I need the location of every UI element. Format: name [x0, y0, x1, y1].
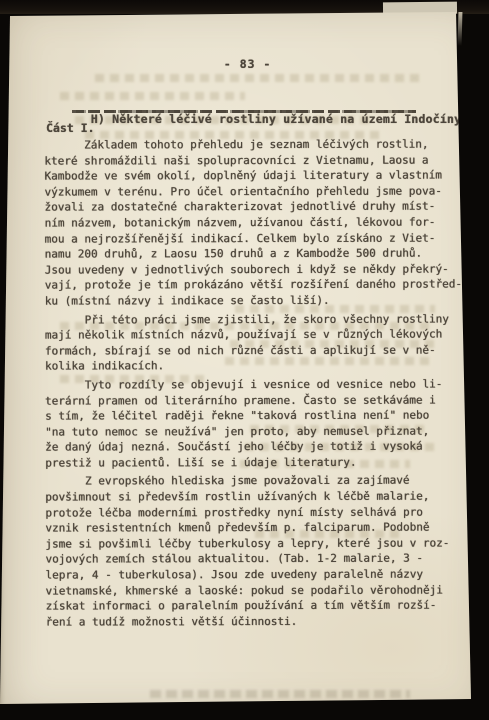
section-heading: H) Některé léčivé rostliny užívané na úz…	[48, 95, 489, 140]
underlying-page-right-edge	[458, 12, 463, 46]
page-number: - 83 -	[45, 57, 450, 71]
paragraph: Základem tohoto přehledu je seznam léčiv…	[44, 136, 474, 309]
bleed-through-noise	[150, 690, 410, 698]
paragraph: Tyto rozdíly se objevují i vesnice od ve…	[45, 376, 475, 471]
section-heading-text: H) Některé léčivé rostliny užívané na úz…	[91, 112, 461, 126]
paragraph: Při této práci jsme zjistili, že skoro v…	[45, 311, 475, 375]
scanned-document: - 83 - H) Některé léčivé rostliny užívan…	[0, 0, 489, 720]
paragraph: Z evropského hlediska jsme považovali za…	[45, 473, 475, 630]
part-label: Část I.	[46, 121, 94, 135]
heading-underline	[72, 110, 416, 113]
body-text: Základem tohoto přehledu je seznam léčiv…	[44, 136, 475, 633]
document-page: - 83 - H) Některé léčivé rostliny užívan…	[0, 0, 489, 720]
bleed-through-noise	[95, 74, 425, 82]
heading-reference-superscript: 90-92	[461, 109, 489, 120]
